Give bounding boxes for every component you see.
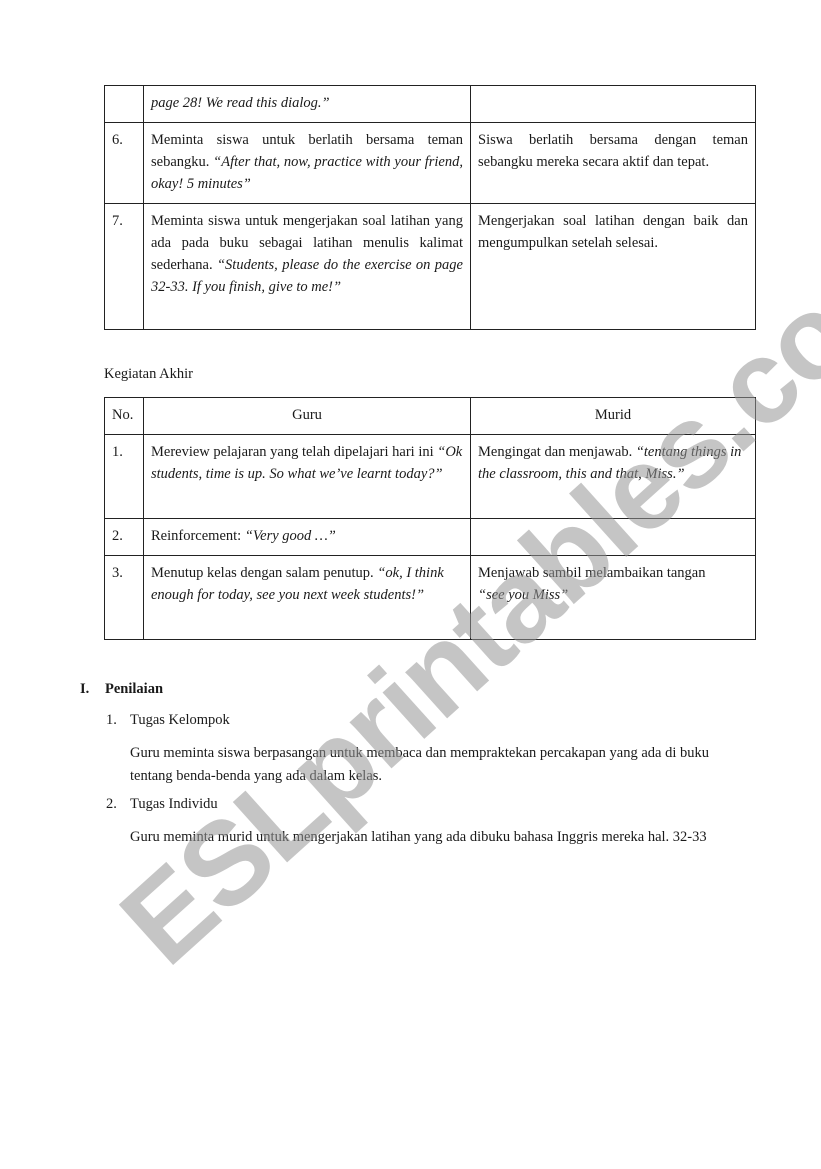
row-number	[105, 86, 144, 123]
row-number: 3.	[105, 556, 144, 640]
guru-cell: Mereview pelajaran yang telah dipelajari…	[144, 435, 471, 519]
kegiatan-akhir-table: No. Guru Murid 1. Mereview pelajaran yan…	[104, 397, 756, 640]
murid-cell	[471, 86, 756, 123]
guru-cell: Menutup kelas dengan salam penutup. “ok,…	[144, 556, 471, 640]
murid-cell: Mengingat dan menjawab. “tentang things …	[471, 435, 756, 519]
penilaian-item-description: Guru meminta siswa berpasangan untuk mem…	[130, 742, 750, 788]
row-number: 7.	[105, 204, 144, 330]
row-number: 2.	[105, 519, 144, 556]
header-no: No.	[105, 398, 144, 435]
guru-cell: Meminta siswa untuk berlatih bersama tem…	[144, 123, 471, 204]
penilaian-item-title: 2.Tugas Individu	[106, 796, 218, 813]
guru-cell: page 28! We read this dialog.”	[144, 86, 471, 123]
murid-cell: Mengerjakan soal latihan dengan baik dan…	[471, 204, 756, 330]
header-guru: Guru	[144, 398, 471, 435]
table-row: 2. Reinforcement: “Very good …”	[105, 519, 756, 556]
row-number: 1.	[105, 435, 144, 519]
table-row: page 28! We read this dialog.”	[105, 86, 756, 123]
table-row: 3. Menutup kelas dengan salam penutup. “…	[105, 556, 756, 640]
table-row: 7. Meminta siswa untuk mengerjakan soal …	[105, 204, 756, 330]
document-page: page 28! We read this dialog.” 6. Memint…	[0, 0, 821, 1169]
penilaian-item-description: Guru meminta murid untuk mengerjakan lat…	[130, 826, 750, 849]
murid-cell	[471, 519, 756, 556]
kegiatan-inti-table: page 28! We read this dialog.” 6. Memint…	[104, 85, 756, 330]
murid-cell: Menjawab sambil melambaikan tangan “see …	[471, 556, 756, 640]
section-heading-penilaian: I.Penilaian	[80, 681, 163, 698]
header-murid: Murid	[471, 398, 756, 435]
penilaian-item-title: 1.Tugas Kelompok	[106, 712, 230, 729]
guru-cell: Meminta siswa untuk mengerjakan soal lat…	[144, 204, 471, 330]
guru-cell: Reinforcement: “Very good …”	[144, 519, 471, 556]
murid-cell: Siswa berlatih bersama dengan teman seba…	[471, 123, 756, 204]
table-row: 6. Meminta siswa untuk berlatih bersama …	[105, 123, 756, 204]
kegiatan-akhir-label: Kegiatan Akhir	[104, 366, 193, 383]
row-number: 6.	[105, 123, 144, 204]
table-header-row: No. Guru Murid	[105, 398, 756, 435]
table-row: 1. Mereview pelajaran yang telah dipelaj…	[105, 435, 756, 519]
